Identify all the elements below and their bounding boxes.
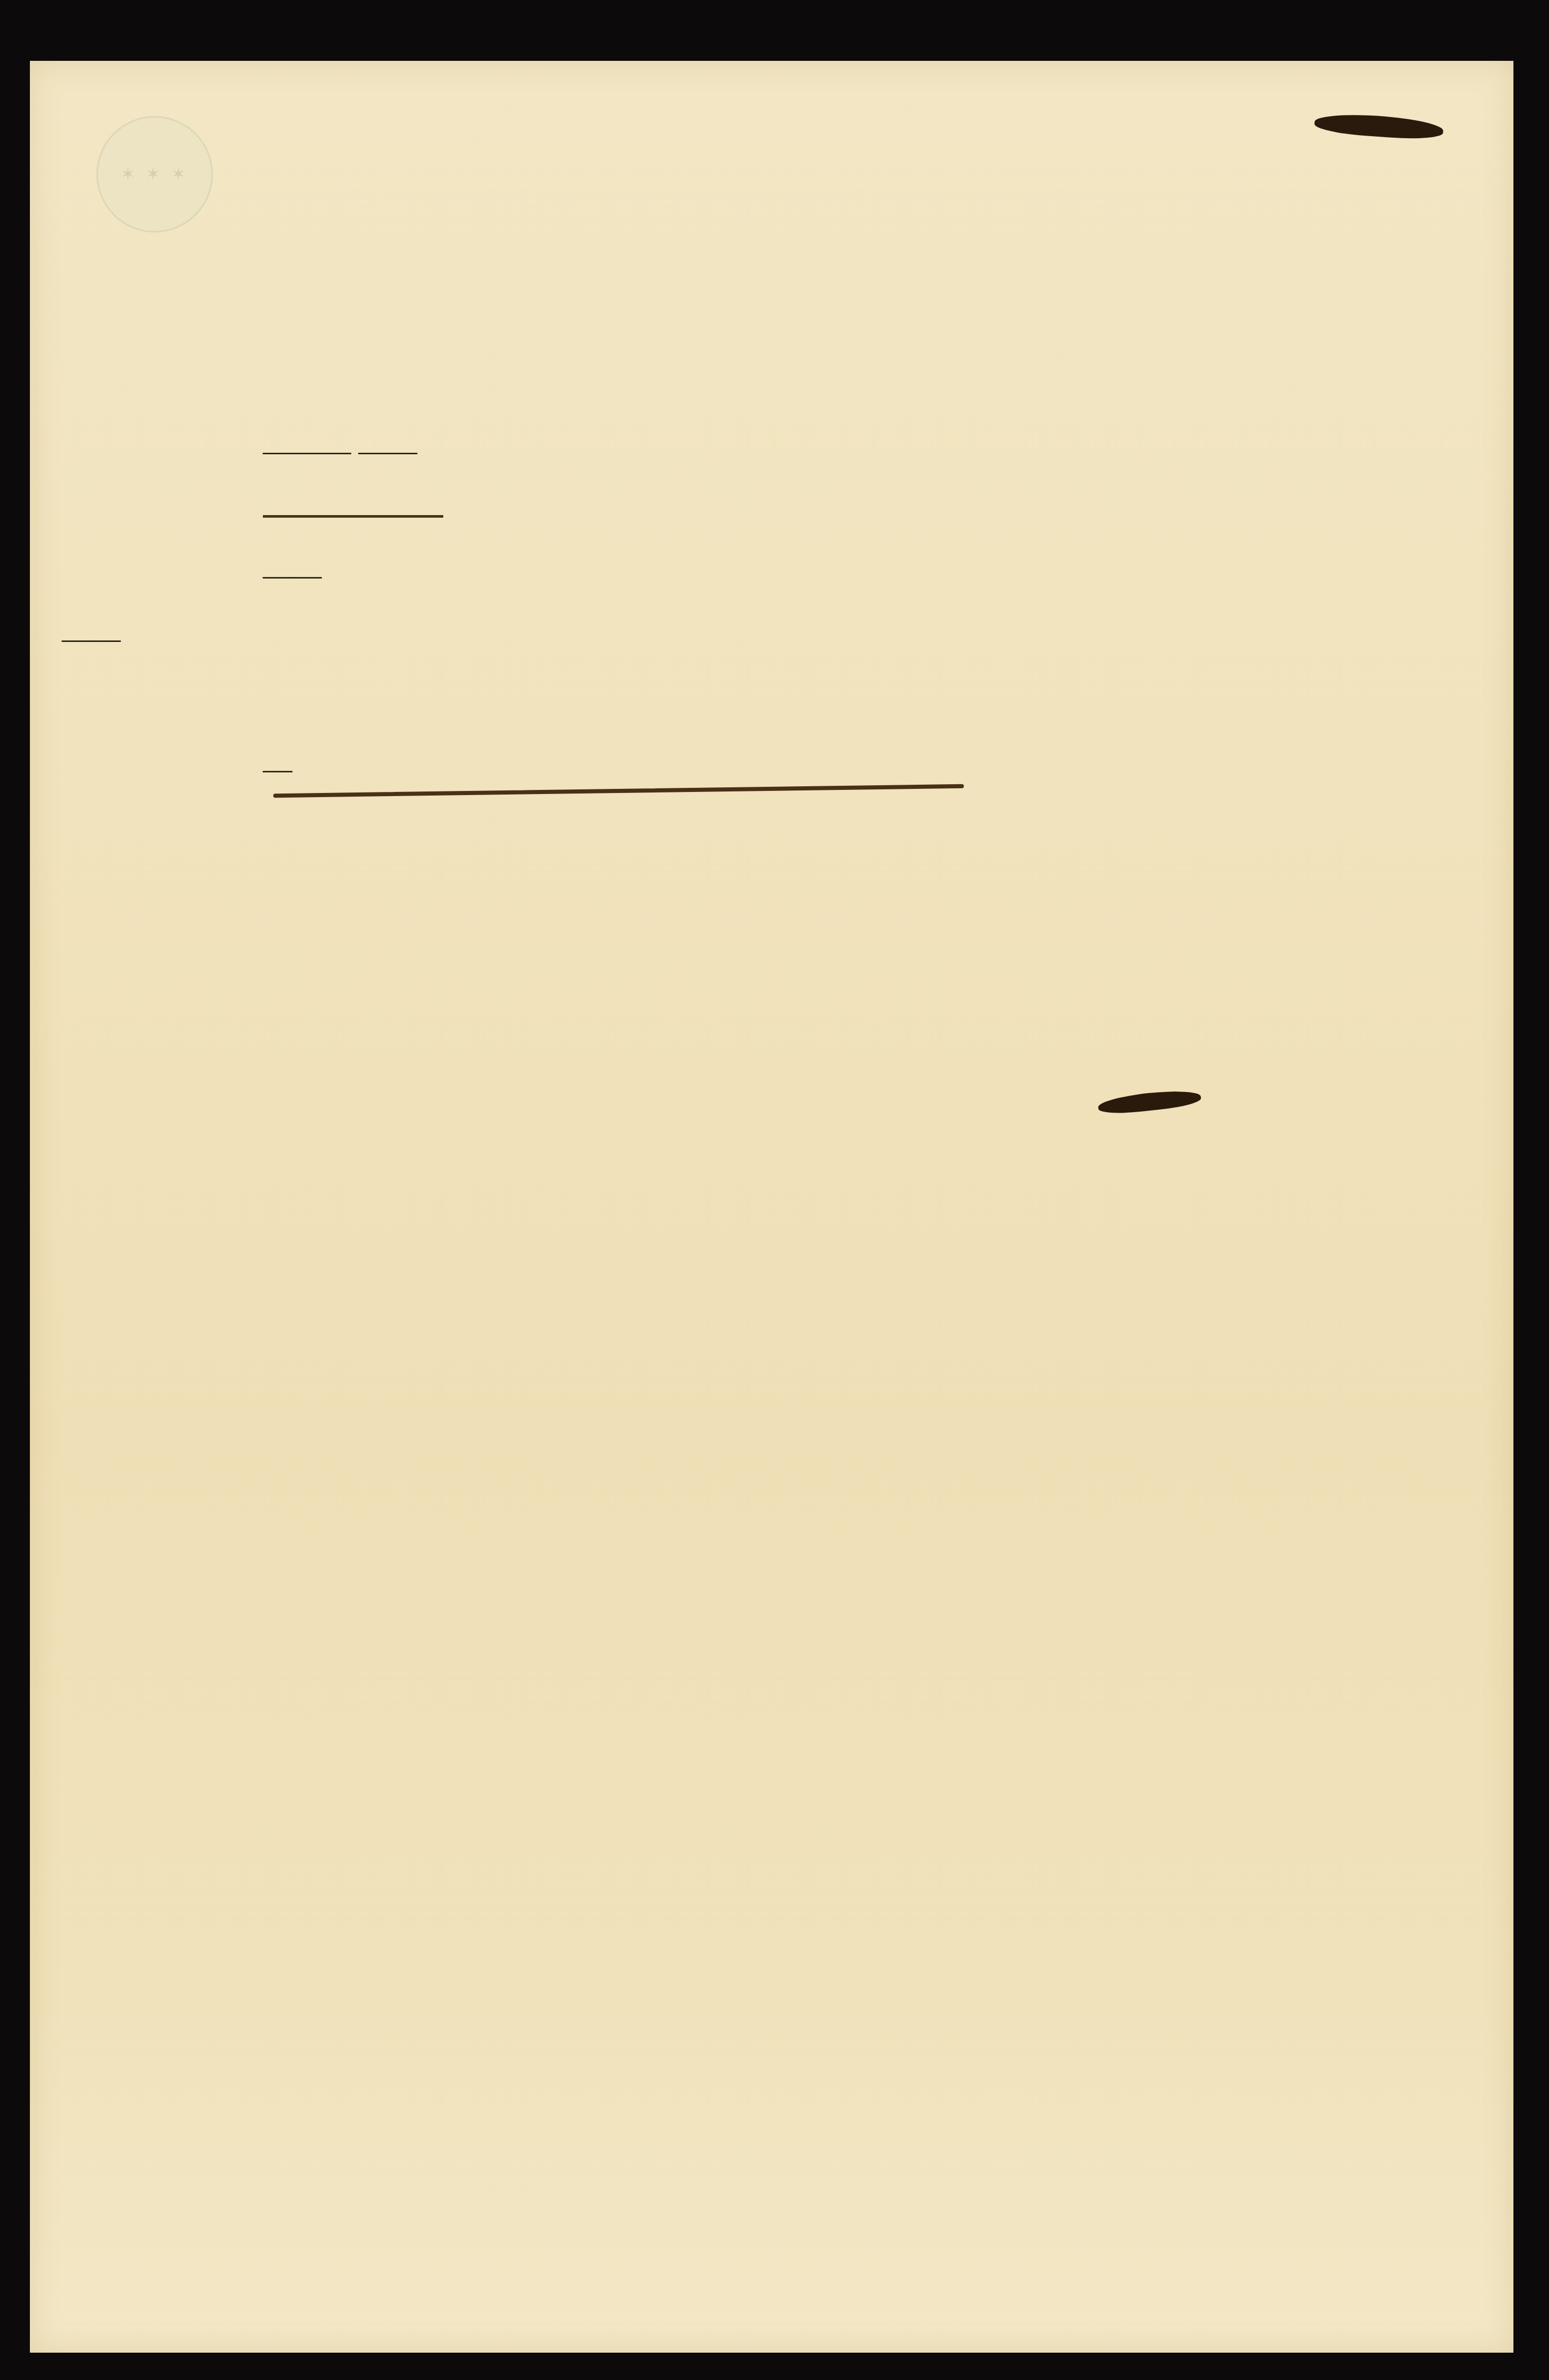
body-line-5 <box>448 461 701 494</box>
body-line-6 <box>263 493 443 531</box>
body-line-8: —— <box>263 557 322 592</box>
body-line-4: ——— —— <box>263 429 417 468</box>
tax-stamp: ✶ ✶ ✶ <box>72 106 237 281</box>
policy-paper <box>30 61 1513 2353</box>
body-line-10: —— <box>62 621 190 655</box>
body-line-14: — <box>263 749 292 786</box>
stamp-seal-icon: ✶ ✶ ✶ <box>96 116 213 233</box>
